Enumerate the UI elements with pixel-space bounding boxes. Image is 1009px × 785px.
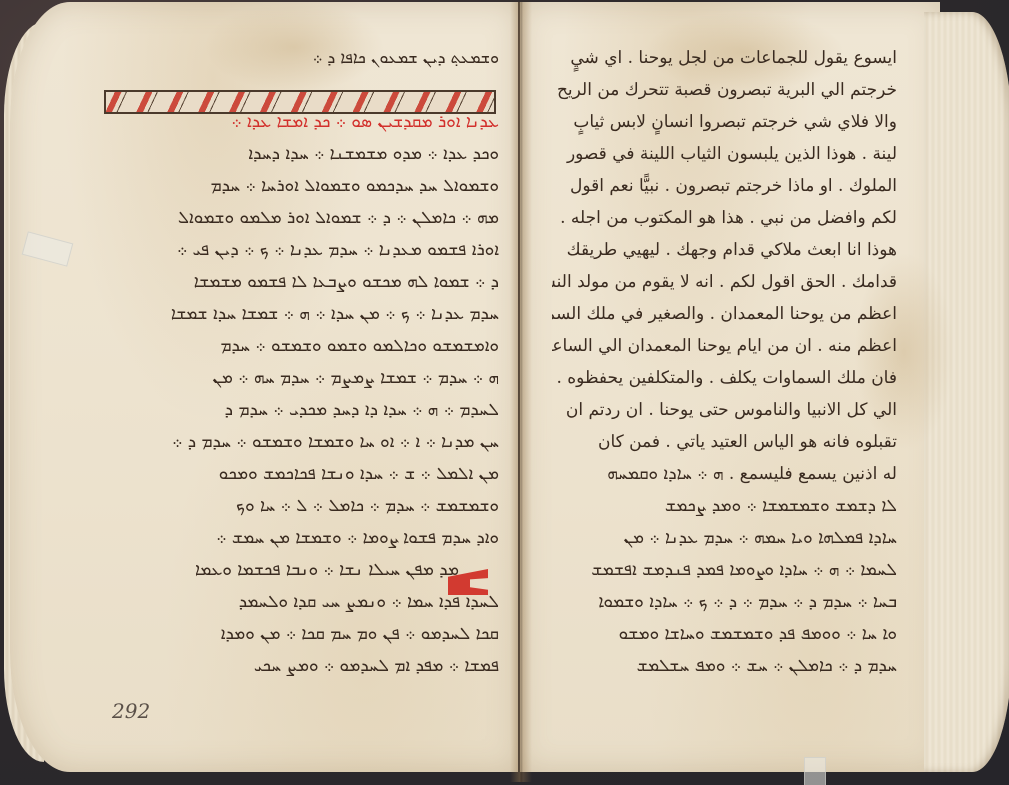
right-line: فان ملك السماوات يكلف . والمتكلفين يحفظو… (552, 362, 897, 394)
right-line: ܠܚܡܐ ܀ ܗ ܀ ܚܐܕܐ ܘܨܘܡܐ ܦܡܕ ܦܢܕܡܫ ܐܦܫܡܫ (552, 554, 897, 586)
left-line: ܦܡܫܐ ܀ ܡܦܕ ܐܡ ܠܚܕܡܘ ܀ ܘܡܨ ܚܟܝ (104, 650, 499, 682)
left-line: ܕ ܀ ܫܡܘܐ ܠܗ ܡܟܫܘ ܘܨܒܥܐ ܠܐ ܦܫܡܘ ܡܫܡܫܐ (104, 266, 499, 298)
repair-tape (804, 757, 826, 785)
right-line: الملوك . او ماذا خرجتم تبصرون . نبيًّا ن… (552, 170, 897, 202)
left-line: ܘܫܡܫܡܫ ܀ ܚܕܡ ܀ ܟܐܡܠ ܀ ܠ ܀ ܚܐ ܘܟ (104, 490, 499, 522)
right-line: ܘܐ ܚܐ ܀ ܘܘܡܦ ܦܕ ܘܫܡܫܡܫ ܘܚܐܫܐ ܘܡܫܘ (552, 618, 897, 650)
left-line: ܗ ܀ ܚܕܡ ܀ ܫܡܫܐ ܨܡܨܡ ܀ ܚܕܡ ܚܗ ܀ ܡܢ (104, 362, 499, 394)
left-page-text: ܘܫܡܥܬ݂ ܕܝܢ ܫܡܥܘܢ ܟܐܦܐ ܕ ܀ (104, 42, 499, 74)
right-line: والا فلاي شي خرجتم تبصروا انسانٍ لابس ثي… (552, 106, 897, 138)
right-line: قدامك . الحق اقول لكم . انه لا يقوم من م… (552, 266, 897, 298)
left-line: ܡܢ ܐܠܡܠ ܀ ܫ ܀ ܚܕܐ ܘܢܫܐ ܦܟܐܟܡܫ ܘܡܟܘ (104, 458, 499, 490)
right-line: ܚܕܡ ܕ ܀ ܟܐܡܠܢ ܀ ܚܫ ܀ ܘܡܦ ܚܫܠܡܫ (552, 650, 897, 682)
right-line: ܒܚܐ ܀ ܚܕܡ ܕ ܀ ܚܕܡ ܀ ܕ ܀ ܟ ܀ ܚܐܕܐ ܘܫܡܘܐ (552, 586, 897, 618)
book-gutter (510, 2, 532, 782)
right-line: ايسوع يقول للجماعات من لجل يوحنا . اي شي… (552, 42, 897, 74)
folio-number: 292 (112, 699, 150, 723)
right-line: خرجتم الي البرية تبصرون قصبة تتحرك من ال… (552, 74, 897, 106)
left-line: ܐܘܪܐ ܦܫܡܘ ܡܥܕܢܐ ܀ ܚܕܡ ܥܕܢܐ ܀ ܟ ܀ ܕܝܢ ܦܝ … (104, 234, 499, 266)
left-line: ܘܟܕ ܥܕܐ ܀ ܡܕܘ ܡܫܡܫܢܐ ܀ ܚܕܐ ܕܚܕܐ (104, 138, 499, 170)
left-line: ܘܐܡܫܡܫܘ ܘܟܐܠܡܘ ܘܫܡܘ ܘܫܡܫܘ ܀ ܚܕܡ (104, 330, 499, 362)
left-line: ܩܟܐ ܠܚܕܡܘ ܀ ܦܢ ܘܡ ܚܡ ܩܟܐ ܀ ܡܢ ܘܡܕܐ (104, 618, 499, 650)
right-page-body: ايسوع يقول للجماعات من لجل يوحنا . اي شي… (552, 42, 897, 682)
left-line: ܚܕܡ ܥܕܢܐ ܀ ܟ ܀ ܡܢ ܚܕܐ ܀ ܗ ܀ ܫܡܫܐ ܚܕܐ ܫܡܫ… (104, 298, 499, 330)
left-line: ܥܕܢܐ ܐܘܪ ܡܩܕܫܝܢ ܣܘ ܀ ܟܕ ܐܡܫܐ ܥܕܐ ܀ (104, 106, 499, 138)
right-line: ܠܐ ܕܫܡܫ ܘܫܡܫܡܫܐ ܀ ܘܡܕ ܨܟܡܫ (552, 490, 897, 522)
right-line: اعظم منه . ان من ايام يوحنا المعمدان الي… (552, 330, 897, 362)
right-line: لكم وافضل من نبي . هذا هو المكتوب من اجل… (552, 202, 897, 234)
left-line: ܚܢ ܡܕܢܐ ܀ ܐ ܀ ܐܘ ܚܐ ܘܫܡܫܐ ܘܫܡܫܘ ܀ ܚܕܡ ܕ … (104, 426, 499, 458)
left-page-header-line: ܘܫܡܥܬ݂ ܕܝܢ ܫܡܥܘܢ ܟܐܦܐ ܕ ܀ (104, 42, 499, 74)
right-line: ܚܐܕܐ ܦܡܠܗܐ ܘܝܐ ܚܡܗ ܀ ܚܕܡ ܥܕܢܐ ܀ ܡܢ (552, 522, 897, 554)
left-line: ܠܚܕܡ ܀ ܗ ܀ ܚܕܐ ܕܐ ܕܚܕ ܡܟܕܝ ܀ ܚܕܡ ܕ (104, 394, 499, 426)
right-line: اعظم من يوحنا المعمدان . والصغير في ملك … (552, 298, 897, 330)
right-line: له اذنين يسمع فليسمع . ܗ ܀ ܚܐܕܐ ܘܩܡܚܗ (552, 458, 897, 490)
open-manuscript: ܘܫܡܥܬ݂ ܕܝܢ ܫܡܥܘܢ ܟܐܦܐ ܕ ܀ ܥܕܢܐ ܐܘܪ ܡܩܕܫܝ… (4, 2, 1009, 777)
right-line: تقبلوه فانه هو الياس العتيد ياتي . فمن ك… (552, 426, 897, 458)
left-line: ܡܕ ܡܦܢ ܚܝܠܐ ܢܫܐ ܀ ܘܢܒܐ ܦܟܫܡܐ ܘܥܡܐ (104, 554, 499, 586)
left-line: ܠܚܕܐ ܦܕܐ ܚܡܐ ܀ ܘܢܡܨ ܚܝ ܩܕܐ ܘܠܚܡܕ (104, 586, 499, 618)
left-line: ܘܐܕ ܚܕܡ ܦܫܘܐ ܨܘܡܐ ܀ ܘܫܡܫܐ ܡܢ ܚܡܫ ܀ (104, 522, 499, 554)
header-text: ܘܫܡܥܬ݂ ܕܝܢ ܫܡܥܘܢ ܟܐܦܐ ܕ ܀ (313, 48, 499, 67)
left-line: ܘܫܡܘܐܠ ܚܕ ܚܕܟܡܘ ܘܫܡܘܐܠ ܐܘܪܚܐ ܀ ܚܕܡ (104, 170, 499, 202)
left-page-body: ܥܕܢܐ ܐܘܪ ܡܩܕܫܝܢ ܣܘ ܀ ܟܕ ܐܡܫܐ ܥܕܐ ܀ ܘܟܕ ܥ… (104, 106, 499, 682)
right-line: الي كل الانبيا والناموس حتى يوحنا . ان ر… (552, 394, 897, 426)
right-line: لينة . هوذا الذين يلبسون الثياب اللينة ف… (552, 138, 897, 170)
right-line: هوذا انا ابعث ملاكي قدام وجهك . ليهيي طر… (552, 234, 897, 266)
left-line: ܡܗ ܀ ܟܐܡܠܢ ܀ ܕ ܀ ܫܡܘܐܠ ܐܘܪ ܡܠܡܘ ܘܫܡܘܐܠ (104, 202, 499, 234)
